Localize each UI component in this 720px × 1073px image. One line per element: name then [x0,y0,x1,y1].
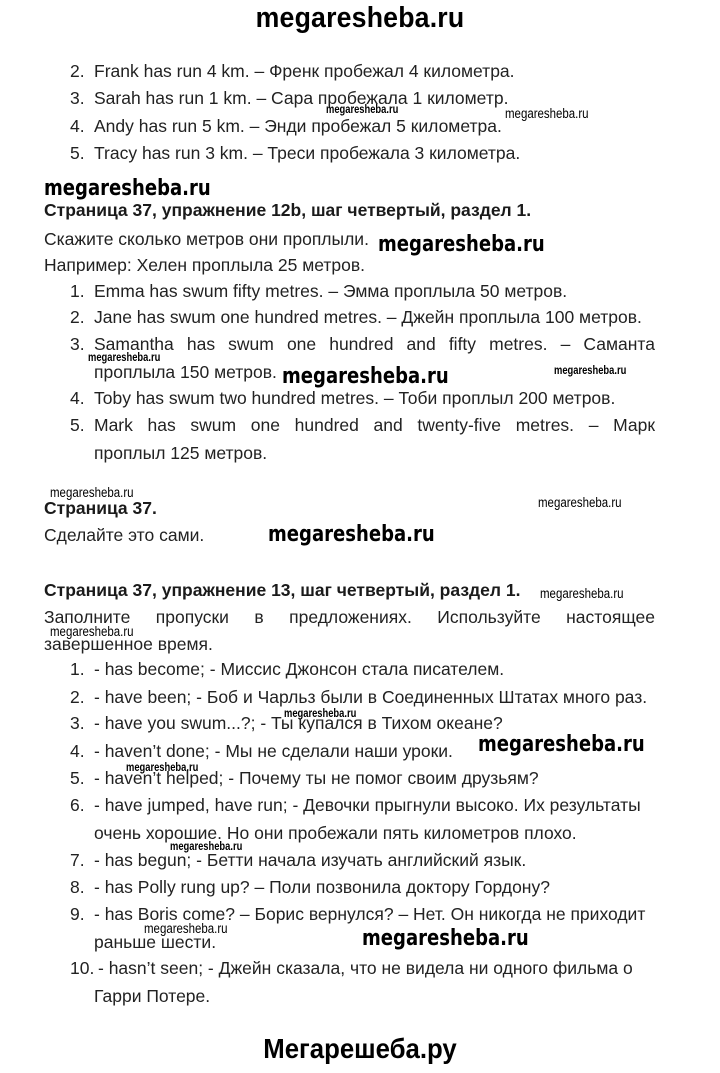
word: Саманта [583,334,655,355]
watermark: megaresheba.ru [554,363,626,377]
word: hundred [295,415,359,436]
watermark: megaresheba.ru [284,706,356,720]
list-number: 4. [70,116,85,137]
word: Mark [94,415,133,436]
word: fifty [449,334,476,355]
list-item: - hasn’t seen; - Джейн сказала, что не в… [98,958,633,979]
list-number: 5. [70,143,85,164]
list-number: 1. [70,659,85,680]
list-number: 5. [70,415,85,436]
watermark: megaresheba.ru [144,921,228,936]
list-number: 4. [70,741,85,762]
watermark: megaresheba.ru [268,522,435,547]
list-number: 3. [70,713,85,734]
word: twenty-five [417,415,501,436]
word: hundred [329,334,393,355]
word: Используйте [437,607,540,628]
list-number: 2. [70,687,85,708]
word: в [254,607,263,628]
list-number: 5. [70,768,85,789]
section-heading: Страница 37, упражнение 13, шаг четверты… [44,580,520,601]
word: and [374,415,403,436]
watermark: megaresheba.ru [282,364,449,389]
word: предложениях. [289,607,412,628]
list-number: 10. [70,958,94,979]
watermark: megaresheba.ru [50,485,134,500]
list-number: 3. [70,88,85,109]
watermark: megaresheba.ru [170,839,242,853]
list-item: - has begun; - Бетти начала изучать англ… [94,850,526,871]
list-number: 8. [70,877,85,898]
word: one [287,334,316,355]
list-item-continuation: проплыл 125 метров. [94,443,267,464]
list-item: Samanthahasswumonehundredandfiftymetres.… [94,334,655,355]
list-number: 9. [70,904,85,925]
list-item: - have been; - Боб и Чарльз были в Соеди… [94,687,647,708]
word: has [187,334,215,355]
watermark: megaresheba.ru [126,760,198,774]
list-item-continuation: проплыла 150 метров. [94,362,277,383]
list-item: - have jumped, have run; - Девочки прыгн… [94,795,641,816]
word: has [148,415,176,436]
list-item-continuation: Гарри Потере. [94,986,210,1007]
watermark: megaresheba.ru [50,624,134,639]
watermark: megaresheba.ru [362,926,529,951]
list-number: 6. [70,795,85,816]
site-footer: Мегарешеба.ру [29,1033,691,1065]
list-item: Jane has swum one hundred metres. – Джей… [94,307,642,328]
word: swum [190,415,236,436]
site-header: megaresheba.ru [29,2,691,35]
list-item: Sarah has run 1 km. – Сара пробежала 1 к… [94,88,508,109]
word: and [407,334,436,355]
watermark: megaresheba.ru [478,732,645,757]
list-item: Frank has run 4 km. – Френк пробежал 4 к… [94,61,515,82]
word: – [589,415,599,436]
list-item: Emma has swum fifty metres. – Эмма пропл… [94,281,567,302]
list-item: Andy has run 5 km. – Энди пробежал 5 кил… [94,116,502,137]
list-number: 2. [70,307,85,328]
section-heading: Страница 37, упражнение 12b, шаг четверт… [44,200,531,221]
list-item: Tracy has run 3 km. – Треси пробежала 3 … [94,143,520,164]
watermark: megaresheba.ru [378,232,545,257]
watermark: megaresheba.ru [88,350,160,364]
word: metres. [489,334,547,355]
list-number: 4. [70,388,85,409]
section-text: Сделайте это сами. [44,525,204,546]
list-number: 1. [70,281,85,302]
word: Марк [613,415,655,436]
word: one [251,415,280,436]
watermark: megaresheba.ru [44,176,211,201]
list-item: - has become; - Миссис Джонсон стала пис… [94,659,504,680]
word: metres. [516,415,574,436]
list-number: 3. [70,334,85,355]
watermark: megaresheba.ru [326,102,398,116]
word: настоящее [566,607,655,628]
watermark: megaresheba.ru [540,586,624,601]
example-text: Например: Хелен проплыла 25 метров. [44,255,365,276]
watermark: megaresheba.ru [538,495,622,510]
list-item: - haven’t done; - Мы не сделали наши уро… [94,741,453,762]
instruction-text: Скажите сколько метров они проплыли. [44,229,369,250]
list-number: 7. [70,850,85,871]
list-item: Markhasswumonehundredandtwenty-fivemetre… [94,415,655,436]
section-heading: Страница 37. [44,498,157,519]
instruction-text: Заполнитепропускивпредложениях.Используй… [44,607,655,628]
list-item: Toby has swum two hundred metres. – Тоби… [94,388,615,409]
list-number: 2. [70,61,85,82]
list-item: - has Polly rung up? – Поли позвонила до… [94,877,550,898]
word: – [561,334,571,355]
word: swum [228,334,274,355]
word: пропуски [156,607,229,628]
watermark: megaresheba.ru [505,106,589,121]
list-item-continuation: очень хорошие. Но они пробежали пять кил… [94,823,577,844]
